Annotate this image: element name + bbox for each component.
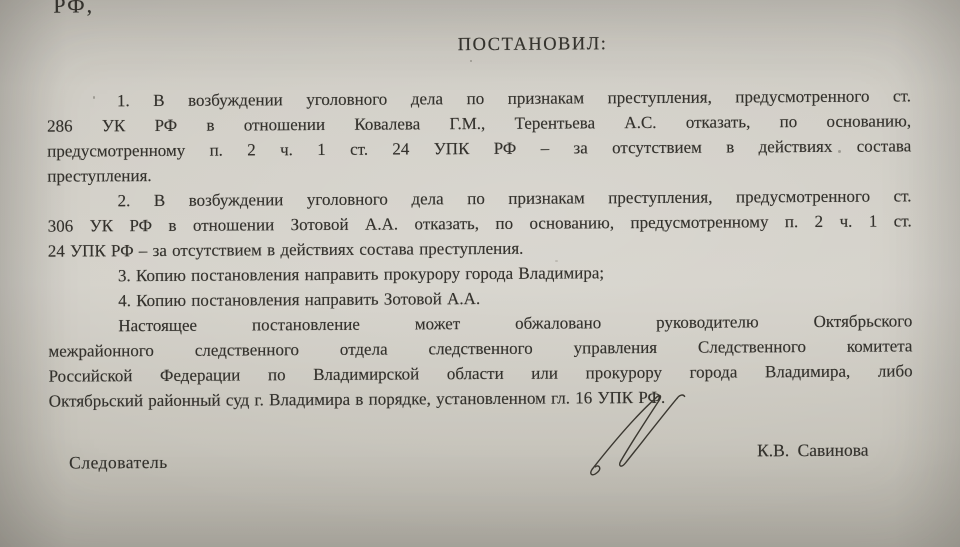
signer-name-label: К.В. Савинова <box>757 440 869 462</box>
paper-speck <box>555 260 558 262</box>
paper-speck <box>470 60 472 62</box>
document-line: Российской Федерации по Владимирской обл… <box>49 358 913 388</box>
document-photo: РФ, ПОСТАНОВИЛ: 1. В возбуждении уголовн… <box>0 0 960 547</box>
document-line: Октябрьский районный суд г. Владимира в … <box>49 383 913 413</box>
signer-role-label: Следователь <box>69 452 168 474</box>
document-line: предусмотренному п. 2 ч. 1 ст. 24 УПК РФ… <box>47 133 911 163</box>
document-body: 1. В возбуждении уголовного дела по приз… <box>47 83 913 413</box>
paper-speck <box>93 96 95 99</box>
document-heading: ПОСТАНОВИЛ: <box>53 32 960 59</box>
handwritten-signature <box>581 391 717 477</box>
paper-speck <box>838 150 841 153</box>
document-page: РФ, ПОСТАНОВИЛ: 1. В возбуждении уголовн… <box>0 0 960 547</box>
cutoff-text-fragment: РФ, <box>53 0 94 19</box>
signature-flourish-icon <box>581 391 717 477</box>
document-line: 306 УК РФ в отношении Зотовой А.А. отказ… <box>48 208 912 238</box>
